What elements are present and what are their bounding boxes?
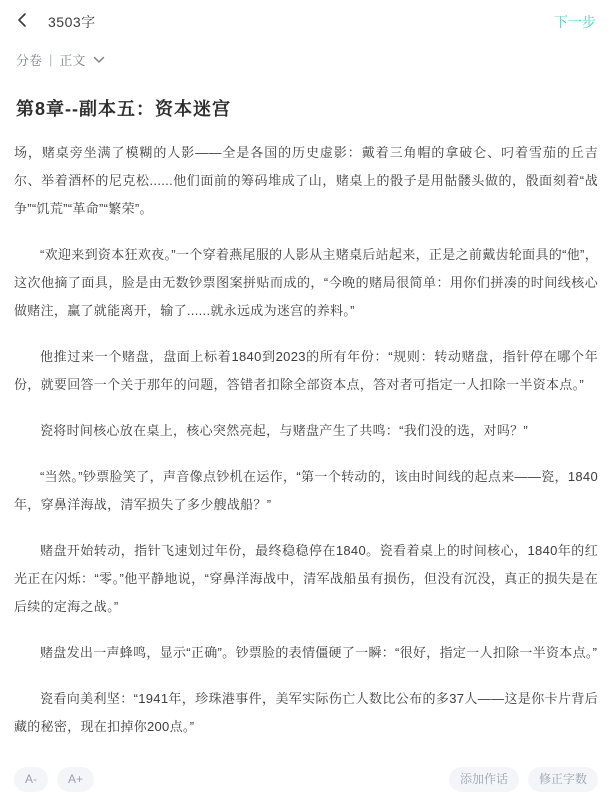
chevron-left-icon (16, 12, 28, 33)
bottom-toolbar: A- A+ 添加作话 修正字数 (0, 767, 612, 792)
paragraph: 场，赌桌旁坐满了模糊的人影——全是各国的历史虚影：戴着三角帽的拿破仑、叼着雪茄的… (14, 139, 598, 223)
chapter-title: 第8章--副本五：资本迷宫 (0, 69, 612, 121)
paragraph: 瓷将时间核心放在桌上，核心突然亮起，与赌盘产生了共鸣：“我们没的选，对吗？” (14, 417, 598, 445)
separator: | (49, 52, 52, 67)
font-increase-button[interactable]: A+ (57, 767, 94, 792)
paragraph: “欢迎来到资本狂欢夜。”一个穿着燕尾服的人影从主赌桌后站起来，正是之前戴齿轮面具… (14, 241, 598, 325)
paragraph: 赌盘开始转动，指针飞速划过年份，最终稳稳停在1840。瓷看着桌上的时间核心，18… (14, 537, 598, 621)
section-label: 正文 (59, 50, 85, 69)
font-decrease-button[interactable]: A- (14, 767, 48, 792)
next-step-button[interactable]: 下一步 (554, 12, 596, 32)
back-button[interactable] (16, 12, 36, 32)
paragraph: “当然。”钞票脸笑了，声音像点钞机在运作，“第一个转动的，该由时间线的起点来——… (14, 463, 598, 519)
chevron-down-icon (90, 52, 105, 67)
word-count: 3503字 (48, 12, 96, 32)
fix-wordcount-button[interactable]: 修正字数 (528, 767, 598, 792)
volume-label: 分卷 (16, 50, 42, 69)
paragraph: 瓷看向美利坚：“1941年，珍珠港事件，美军实际伤亡人数比公布的多37人——这是… (14, 685, 598, 741)
paragraph: 赌盘发出一声蜂鸣，显示“正确”。钞票脸的表情僵硬了一瞬：“很好，指定一人扣除一半… (14, 639, 598, 667)
add-author-note-button[interactable]: 添加作话 (449, 767, 519, 792)
top-bar: 3503字 下一步 (0, 0, 612, 34)
paragraph: 他推过来一个赌盘，盘面上标着1840到2023的所有年份：“规则：转动赌盘，指针… (14, 343, 598, 399)
volume-section-selector[interactable]: 分卷 | 正文 (0, 34, 612, 69)
chapter-body[interactable]: 场，赌桌旁坐满了模糊的人影——全是各国的历史虚影：戴着三角帽的拿破仑、叼着雪茄的… (0, 121, 612, 741)
